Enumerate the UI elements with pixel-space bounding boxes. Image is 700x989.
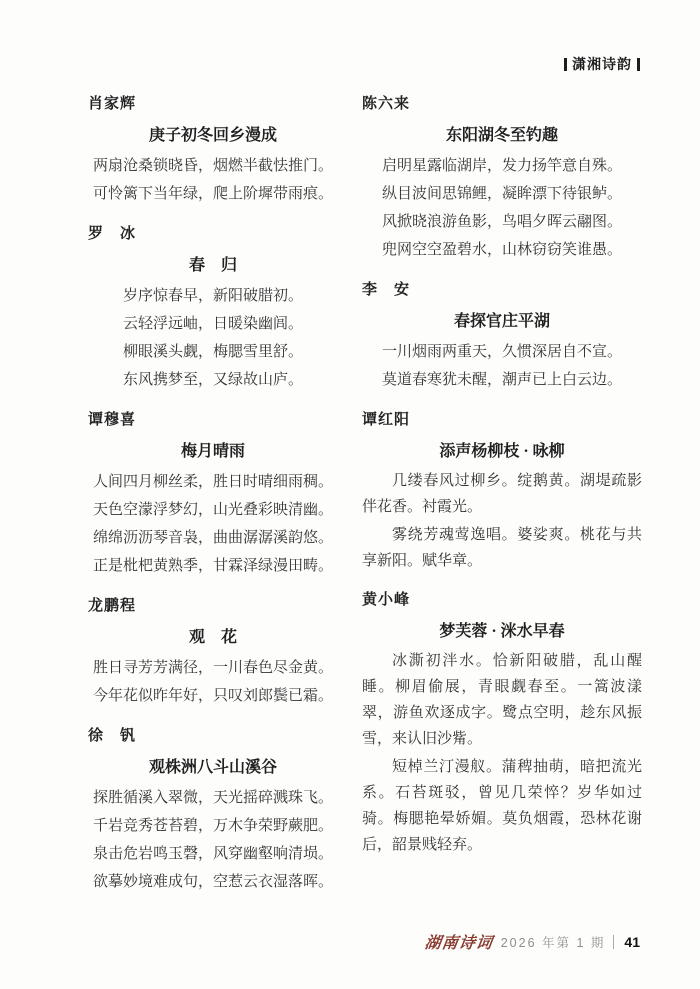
- poem-section: 李 安 春探官庄平湖 一川烟雨两重天，久惯深居自不宣。莫道春寒犹未醒，潮声已上白…: [362, 278, 642, 394]
- poem-author: 黄小峰: [362, 588, 642, 612]
- ci-paragraph: 冰澌初泮水。恰新阳破腊，乱山醒睡。柳眉偷展，青眼觑春至。一篙波漾翠，游鱼欢逐成字…: [362, 648, 642, 752]
- verse-line: 可怜篱下当年绿，爬上阶墀带雨痕。: [88, 180, 338, 208]
- verse-line: 云轻浮远岫，日暖染幽闾。: [88, 310, 338, 338]
- issue-label: 2026 年第 1 期: [501, 933, 606, 951]
- section-header: 潇湘诗韵: [564, 54, 640, 74]
- verse-line: 泉击危岩鸣玉磬，风穿幽壑响清埙。: [88, 840, 338, 868]
- poem-body: 胜日寻芳芳满径，一川春色尽金黄。今年花似昨年好，只叹刘郎鬓已霜。: [88, 654, 338, 710]
- poem-title: 春 归: [88, 254, 338, 278]
- poem-body: 两扇沧桑锁晓昏，烟燃半截怯推门。可怜篱下当年绿，爬上阶墀带雨痕。: [88, 152, 338, 208]
- header-left-bar: [564, 58, 567, 71]
- verse-line: 两扇沧桑锁晓昏，烟燃半截怯推门。: [88, 152, 338, 180]
- poem-author: 龙鹏程: [88, 594, 338, 618]
- page-number: 41: [624, 934, 640, 950]
- poem-author: 谭红阳: [362, 408, 642, 432]
- ci-paragraph: 几缕春风过柳乡。绽鹅黄。湖堤疏影伴花香。衬霞光。: [362, 468, 642, 520]
- poem-title: 春探官庄平湖: [362, 310, 642, 334]
- poem-column-right: 陈六来 东阳湖冬至钓趣 启明星露临湖岸，发力扬竿意自殊。纵目波间思锦鲤，凝眸漂下…: [362, 92, 642, 910]
- verse-line: 千岩竞秀苍苔碧，万木争荣野蕨肥。: [88, 812, 338, 840]
- poem-title: 庚子初冬回乡漫成: [88, 124, 338, 148]
- verse-line: 纵目波间思锦鲤，凝眸漂下待银鲈。: [362, 180, 642, 208]
- poem-title: 观 花: [88, 626, 338, 650]
- poem-section: 谭穆喜 梅月晴雨 人间四月柳丝柔，胜日时晴细雨稠。天色空濛浮梦幻，山光叠彩映清幽…: [88, 408, 338, 580]
- poem-author: 徐 钒: [88, 724, 338, 748]
- verse-line: 正是枇杷黄熟季，甘霖泽绿漫田畴。: [88, 552, 338, 580]
- poem-author: 罗 冰: [88, 222, 338, 246]
- poem-title: 梅月晴雨: [88, 440, 338, 464]
- verse-line: 岁序惊春早，新阳破腊初。: [88, 282, 338, 310]
- verse-line: 兜网空空盈碧水，山林窃窃笑谁愚。: [362, 236, 642, 264]
- poem-title: 观株洲八斗山溪谷: [88, 756, 338, 780]
- verse-line: 启明星露临湖岸，发力扬竿意自殊。: [362, 152, 642, 180]
- verse-line: 莫道春寒犹未醒，潮声已上白云边。: [362, 366, 642, 394]
- ci-paragraph: 雾绕芳魂莺逸唱。婆娑爽。桃花与共享新阳。赋华章。: [362, 522, 642, 574]
- poem-body: 探胜循溪入翠微，天光摇碎溅珠飞。千岩竞秀苍苔碧，万木争荣野蕨肥。泉击危岩鸣玉磬，…: [88, 784, 338, 896]
- poem-section: 陈六来 东阳湖冬至钓趣 启明星露临湖岸，发力扬竿意自殊。纵目波间思锦鲤，凝眸漂下…: [362, 92, 642, 264]
- poem-author: 谭穆喜: [88, 408, 338, 432]
- poem-author: 李 安: [362, 278, 642, 302]
- poem-section: 黄小峰 梦芙蓉 · 洣水早春 冰澌初泮水。恰新阳破腊，乱山醒睡。柳眉偷展，青眼觑…: [362, 588, 642, 858]
- header-right-bar: [637, 58, 640, 71]
- poem-title: 东阳湖冬至钓趣: [362, 124, 642, 148]
- poem-author: 肖家辉: [88, 92, 338, 116]
- verse-line: 柳眼溪头觑，梅腮雪里舒。: [88, 338, 338, 366]
- verse-line: 风掀晓浪游鱼影，鸟唱夕晖云翮图。: [362, 208, 642, 236]
- poem-section: 谭红阳 添声杨柳枝 · 咏柳 几缕春风过柳乡。绽鹅黄。湖堤疏影伴花香。衬霞光。雾…: [362, 408, 642, 574]
- ci-paragraph: 短棹兰汀漫舣。蒲稗抽萌，暗把流光系。石苔斑驳，曾见几荣悴？岁华如过骑。梅腮艳晕娇…: [362, 754, 642, 858]
- magazine-page: 潇湘诗韵 肖家辉 庚子初冬回乡漫成 两扇沧桑锁晓昏，烟燃半截怯推门。可怜篱下当年…: [0, 0, 700, 989]
- verse-line: 胜日寻芳芳满径，一川春色尽金黄。: [88, 654, 338, 682]
- poem-section: 徐 钒 观株洲八斗山溪谷 探胜循溪入翠微，天光摇碎溅珠飞。千岩竞秀苍苔碧，万木争…: [88, 724, 338, 896]
- journal-name: 湖南诗词: [423, 930, 494, 953]
- poem-title: 梦芙蓉 · 洣水早春: [362, 620, 642, 644]
- poem-body: 一川烟雨两重天，久惯深居自不宣。莫道春寒犹未醒，潮声已上白云边。: [362, 338, 642, 394]
- verse-line: 东风携梦至，又绿故山庐。: [88, 366, 338, 394]
- poem-body: 岁序惊春早，新阳破腊初。云轻浮远岫，日暖染幽闾。柳眼溪头觑，梅腮雪里舒。东风携梦…: [88, 282, 338, 394]
- poem-body: 启明星露临湖岸，发力扬竿意自殊。纵目波间思锦鲤，凝眸漂下待银鲈。风掀晓浪游鱼影，…: [362, 152, 642, 264]
- verse-line: 天色空濛浮梦幻，山光叠彩映清幽。: [88, 496, 338, 524]
- verse-line: 绵绵沥沥琴音袅，曲曲潺潺溪韵悠。: [88, 524, 338, 552]
- footer-divider: [613, 935, 614, 949]
- verse-line: 欲摹妙境难成句，空惹云衣湿落晖。: [88, 868, 338, 896]
- poem-body: 冰澌初泮水。恰新阳破腊，乱山醒睡。柳眉偷展，青眼觑春至。一篙波漾翠，游鱼欢逐成字…: [362, 648, 642, 858]
- verse-line: 今年花似昨年好，只叹刘郎鬓已霜。: [88, 682, 338, 710]
- poem-columns: 肖家辉 庚子初冬回乡漫成 两扇沧桑锁晓昏，烟燃半截怯推门。可怜篱下当年绿，爬上阶…: [88, 92, 642, 910]
- poem-section: 龙鹏程 观 花 胜日寻芳芳满径，一川春色尽金黄。今年花似昨年好，只叹刘郎鬓已霜。: [88, 594, 338, 710]
- verse-line: 探胜循溪入翠微，天光摇碎溅珠飞。: [88, 784, 338, 812]
- poem-title: 添声杨柳枝 · 咏柳: [362, 440, 642, 464]
- page-footer: 湖南诗词 2026 年第 1 期 41: [425, 930, 640, 953]
- section-title: 潇湘诗韵: [572, 54, 632, 74]
- poem-section: 罗 冰 春 归 岁序惊春早，新阳破腊初。云轻浮远岫，日暖染幽闾。柳眼溪头觑，梅腮…: [88, 222, 338, 394]
- poem-section: 肖家辉 庚子初冬回乡漫成 两扇沧桑锁晓昏，烟燃半截怯推门。可怜篱下当年绿，爬上阶…: [88, 92, 338, 208]
- poem-body: 人间四月柳丝柔，胜日时晴细雨稠。天色空濛浮梦幻，山光叠彩映清幽。绵绵沥沥琴音袅，…: [88, 468, 338, 580]
- verse-line: 一川烟雨两重天，久惯深居自不宣。: [362, 338, 642, 366]
- poem-column-left: 肖家辉 庚子初冬回乡漫成 两扇沧桑锁晓昏，烟燃半截怯推门。可怜篱下当年绿，爬上阶…: [88, 92, 338, 910]
- verse-line: 人间四月柳丝柔，胜日时晴细雨稠。: [88, 468, 338, 496]
- poem-author: 陈六来: [362, 92, 642, 116]
- poem-body: 几缕春风过柳乡。绽鹅黄。湖堤疏影伴花香。衬霞光。雾绕芳魂莺逸唱。婆娑爽。桃花与共…: [362, 468, 642, 574]
